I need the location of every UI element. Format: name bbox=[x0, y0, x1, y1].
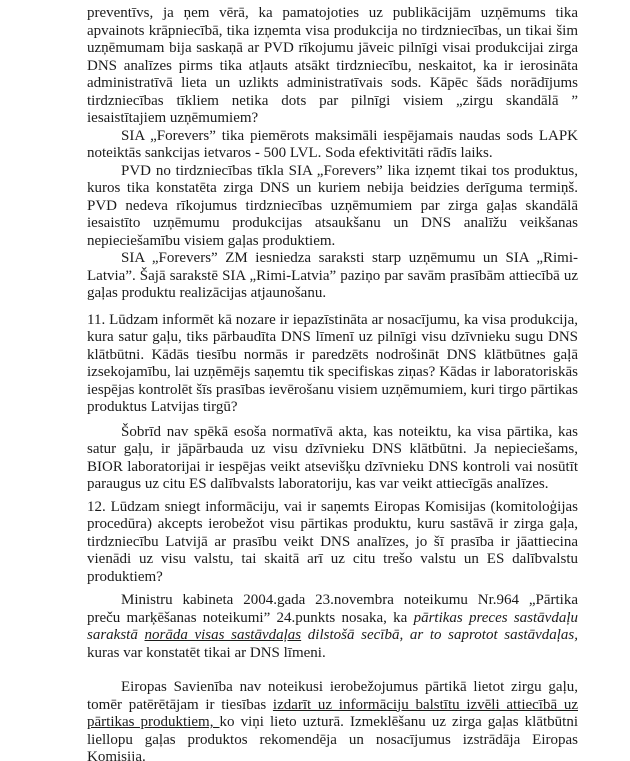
paragraph: preventīvs, ja ņem vērā, ka pamatojoties… bbox=[87, 5, 578, 128]
paragraph: SIA „Forevers” ZM iesniedza saraksti sta… bbox=[87, 250, 578, 303]
paragraph: Eiropas Savienība nav noteikusi ierobežo… bbox=[87, 679, 578, 761]
paragraph: 12. Lūdzam sniegt informāciju, vai ir sa… bbox=[87, 499, 578, 587]
text-run: norāda visas sastāvdaļas bbox=[145, 627, 302, 643]
text-run: SIA „Forevers” tika piemērots maksimāli … bbox=[87, 128, 578, 162]
text-run: kuras var konstatēt tikai ar DNS līmeni. bbox=[87, 645, 326, 661]
paragraph: SIA „Forevers” tika piemērots maksimāli … bbox=[87, 128, 578, 163]
paragraph: PVD no tirdzniecības tīkla SIA „Forevers… bbox=[87, 163, 578, 251]
text-run: Šobrīd nav spēkā esoša normatīvā akta, k… bbox=[87, 424, 578, 493]
text-run: SIA „Forevers” ZM iesniedza saraksti sta… bbox=[87, 250, 578, 301]
paragraph: Šobrīd nav spēkā esoša normatīvā akta, k… bbox=[87, 424, 578, 494]
text-run: PVD no tirdzniecības tīkla SIA „Forevers… bbox=[87, 163, 578, 249]
text-run: 11. Lūdzam informēt kā nozare ir iepazīs… bbox=[87, 312, 578, 416]
paragraph: 11. Lūdzam informēt kā nozare ir iepazīs… bbox=[87, 312, 578, 417]
text-run: preventīvs, ja ņem vērā, ka pamatojoties… bbox=[87, 5, 578, 126]
document-page: preventīvs, ja ņem vērā, ka pamatojoties… bbox=[0, 0, 630, 761]
text-run: 12. Lūdzam sniegt informāciju, vai ir sa… bbox=[87, 499, 578, 585]
paragraph: Ministru kabineta 2004.gada 23.novembra … bbox=[87, 592, 578, 662]
document-body: preventīvs, ja ņem vērā, ka pamatojoties… bbox=[87, 5, 578, 761]
text-run: dilstošā secībā, ar to saprotot sastāvda… bbox=[301, 627, 578, 643]
